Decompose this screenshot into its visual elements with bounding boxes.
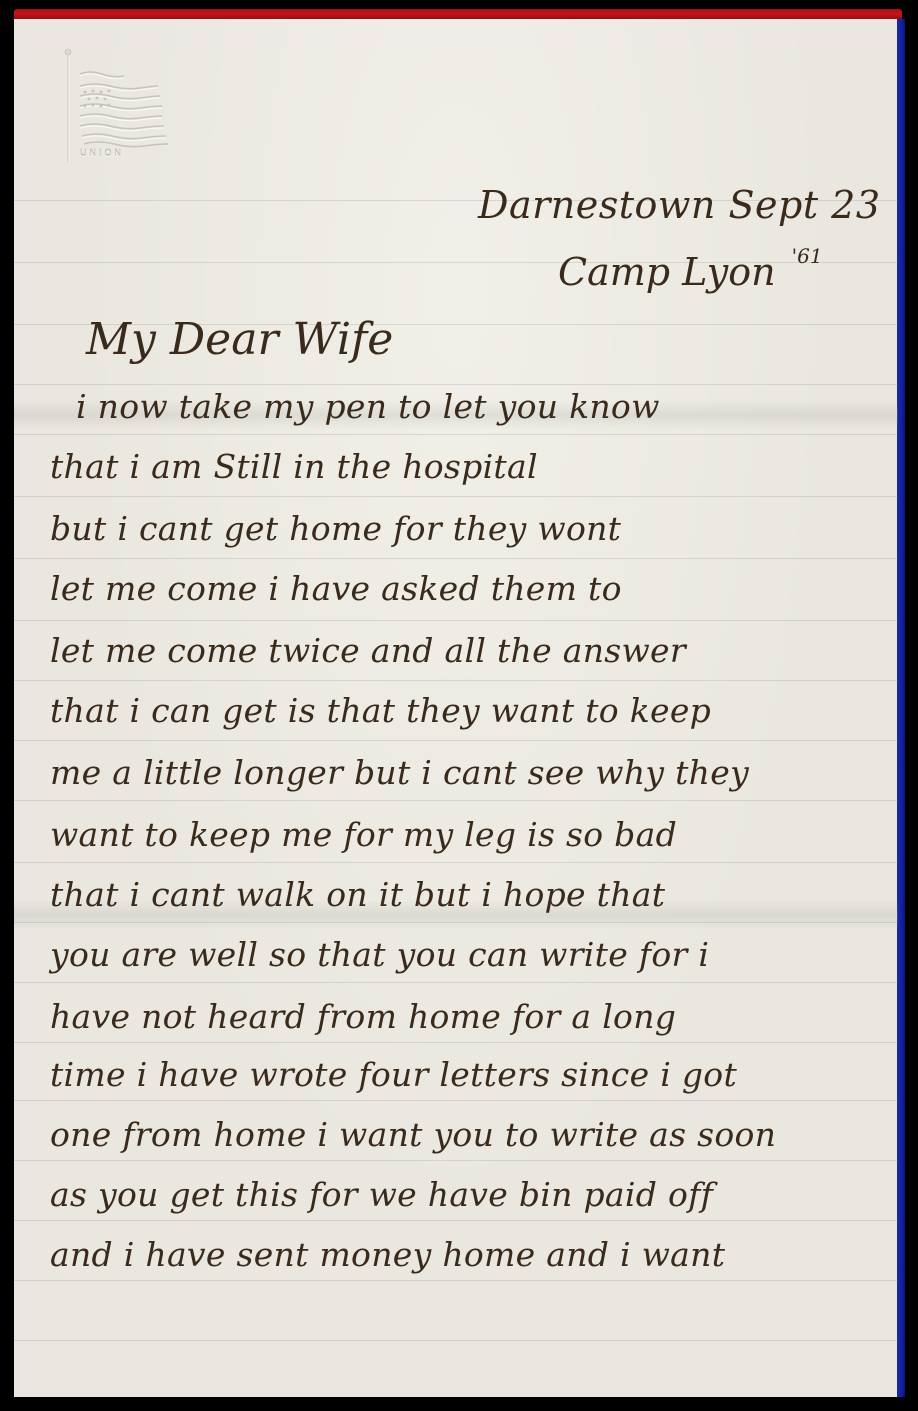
ruled-line xyxy=(14,1160,898,1161)
letter-line: let me come twice and all the answer xyxy=(50,634,686,667)
letter-line: want to keep me for my leg is so bad xyxy=(50,818,677,851)
letter-place-date: Darnestown Sept 23 xyxy=(478,186,881,224)
ruled-line xyxy=(14,558,898,559)
ruled-line xyxy=(14,620,898,621)
letter-salutation: My Dear Wife xyxy=(86,318,393,362)
ruled-line xyxy=(14,982,898,983)
ruled-line xyxy=(14,800,898,801)
letter-line: let me come i have asked them to xyxy=(50,572,622,605)
ruled-line xyxy=(14,1220,898,1221)
letter-line: time i have wrote four letters since i g… xyxy=(50,1058,737,1091)
letter-line: that i cant walk on it but i hope that xyxy=(50,878,665,911)
letter-line: you are well so that you can write for i xyxy=(50,938,709,971)
letter-line: that i am Still in the hospital xyxy=(50,450,538,483)
ruled-line xyxy=(14,434,898,435)
letter-line: as you get this for we have bin paid off xyxy=(50,1178,713,1211)
ruled-line xyxy=(14,1280,898,1281)
letter-line: i now take my pen to let you know xyxy=(76,390,660,423)
union-emboss-label: UNION xyxy=(80,148,124,158)
ruled-line xyxy=(14,384,898,385)
letter-line: me a little longer but i cant see why th… xyxy=(50,756,749,789)
ruled-line xyxy=(14,680,898,681)
blue-right-edge xyxy=(897,19,905,1397)
union-flag-emboss-icon xyxy=(58,44,188,164)
ruled-line xyxy=(14,496,898,497)
letter-camp-name: Camp Lyon '61 xyxy=(558,246,823,291)
ruled-line xyxy=(14,740,898,741)
ruled-line xyxy=(14,862,898,863)
camp-name: Camp Lyon xyxy=(558,250,776,294)
ruled-line xyxy=(14,1100,898,1101)
letter-line: that i can get is that they want to keep xyxy=(50,694,711,727)
red-top-edge xyxy=(14,9,902,19)
letter-year: '61 xyxy=(792,244,823,268)
ruled-line xyxy=(14,1340,898,1341)
letter-line: have not heard from home for a long xyxy=(50,1000,676,1033)
letter-line: but i cant get home for they wont xyxy=(50,512,621,545)
letter-line: and i have sent money home and i want xyxy=(50,1238,725,1271)
ruled-line xyxy=(14,1042,898,1043)
letter-line: one from home i want you to write as soo… xyxy=(50,1118,776,1151)
